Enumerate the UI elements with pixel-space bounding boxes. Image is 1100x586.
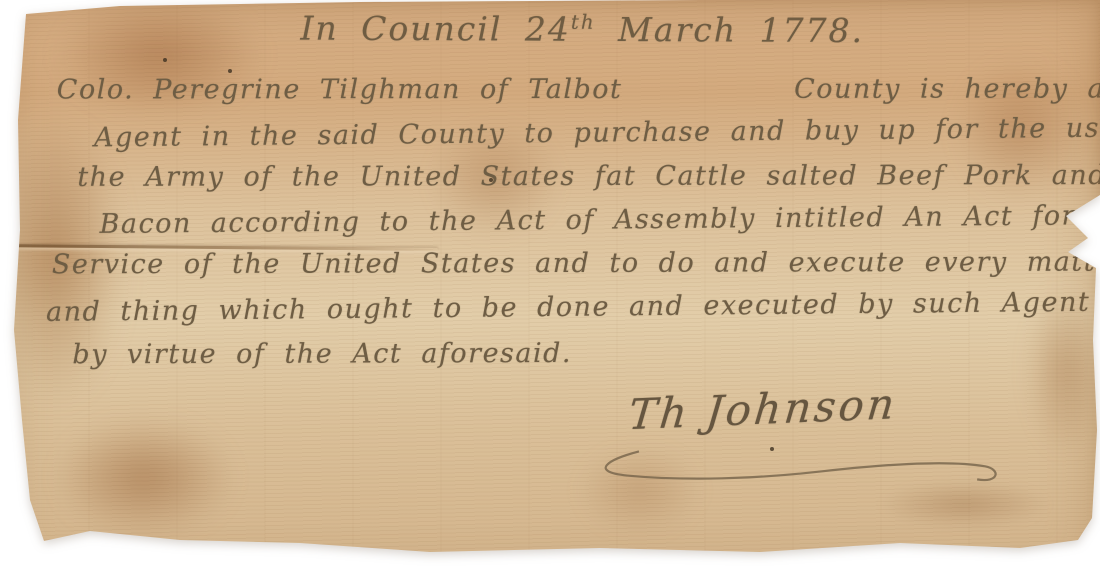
signature: Th Johnson — [626, 379, 899, 439]
paper-shadow-wrap: In Council 24th March 1778. Colo. Peregr… — [0, 0, 1100, 586]
heading-date-post: March 1778. — [595, 10, 864, 50]
document-body: Colo. Peregrine Tilghman of Talbot Count… — [0, 71, 1100, 385]
document-scan: In Council 24th March 1778. Colo. Peregr… — [0, 0, 1100, 586]
document-line: by virtue of the Act aforesaid. — [0, 337, 1100, 383]
document-line: Service of the United States and to do a… — [0, 247, 1100, 293]
signature-flourish — [597, 433, 1017, 492]
document-heading: In Council 24th March 1778. — [300, 9, 864, 50]
heading-date-ordinal: th — [571, 11, 596, 34]
document-line: Agent in the said County to purchase and… — [0, 112, 1099, 166]
document-line: Colo. Peregrine Tilghman of Talbot Count… — [0, 74, 1099, 118]
heading-date-pre: In Council 24 — [300, 9, 571, 49]
paper: In Council 24th March 1778. Colo. Peregr… — [0, 0, 1100, 586]
document-line: Bacon according to the Act of Assembly i… — [0, 200, 1100, 253]
document-line: the Army of the United States fat Cattle… — [0, 160, 1099, 205]
handwritten-text-layer: In Council 24th March 1778. Colo. Peregr… — [0, 0, 1100, 586]
document-line: and thing which ought to be done and exe… — [0, 286, 1100, 340]
